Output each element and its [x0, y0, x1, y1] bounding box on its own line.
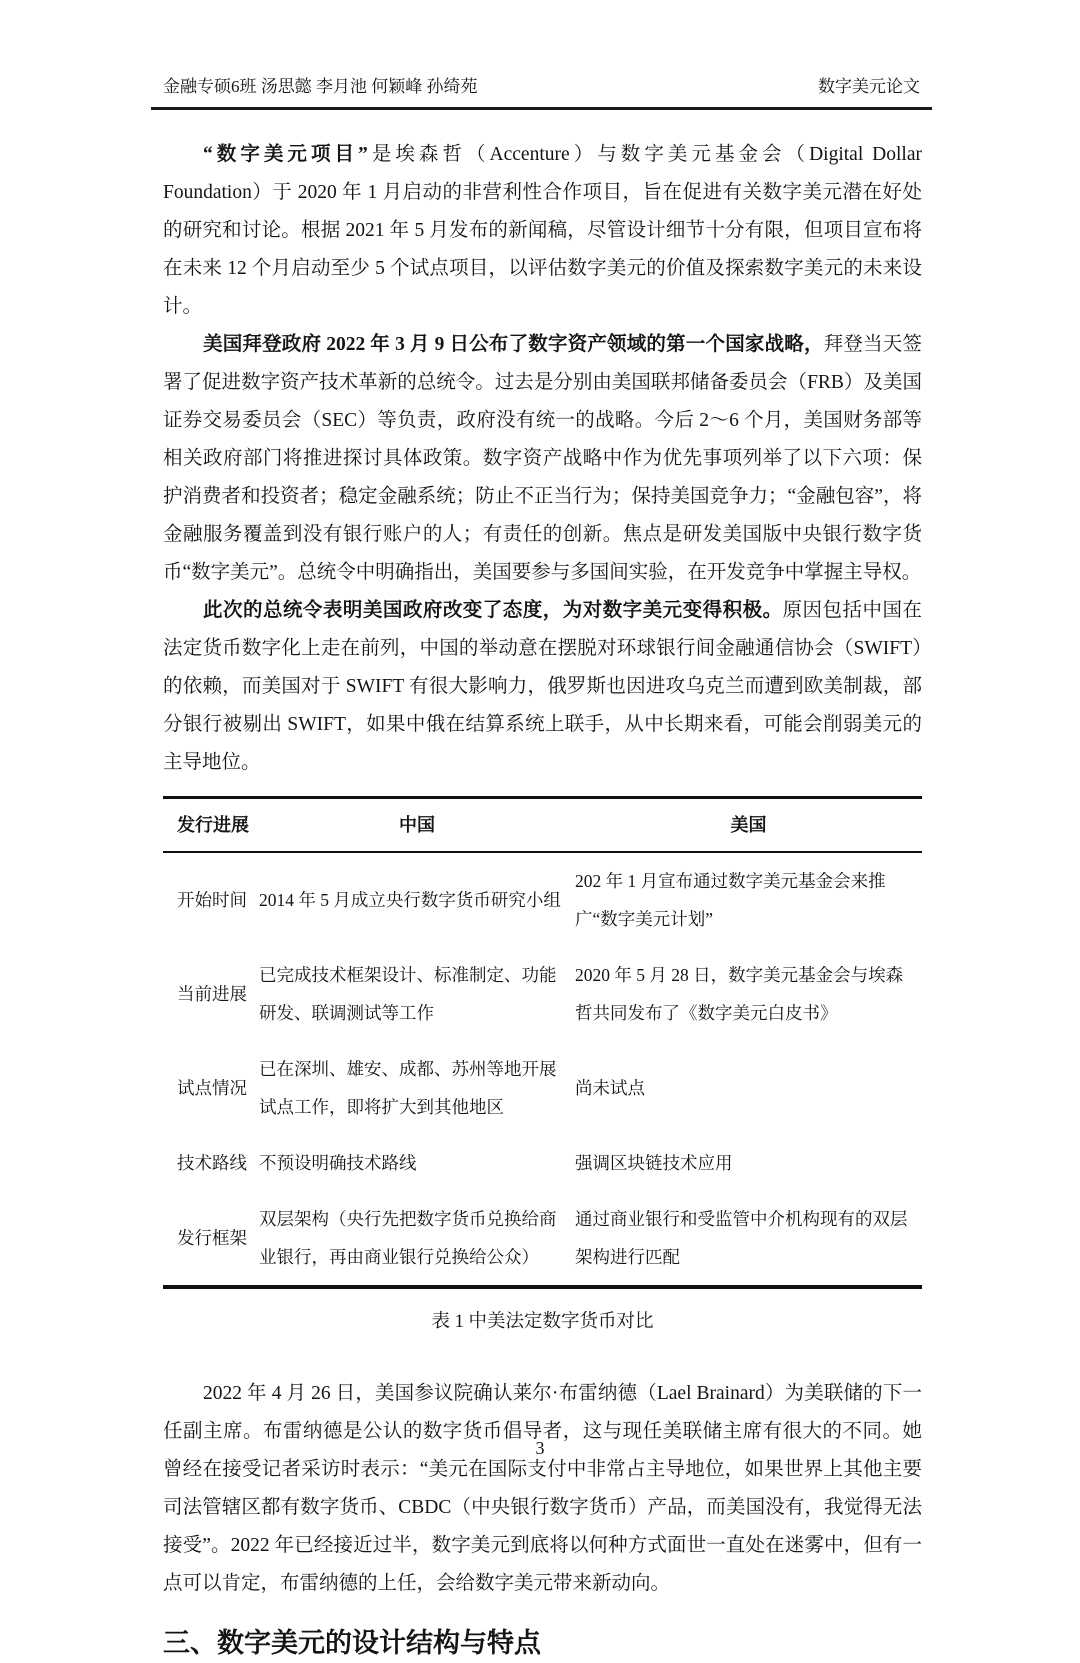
- header-authors: 金融专硕6班 汤思懿 李月池 何颖峰 孙绮苑: [163, 76, 478, 98]
- china-usa-comparison-table: 发行进展 中国 美国 开始时间 2014 年 5 月成立央行数字货币研究小组 2…: [163, 796, 922, 1289]
- paragraph-body-text: 是埃森哲（Accenture）与数字美元基金会（Digital Dollar F…: [163, 144, 922, 317]
- paragraph-lead-bold: 美国拜登政府 2022 年 3 月 9 日公布了数字资产领域的第一个国家战略，: [203, 334, 824, 355]
- china-cell: 不预设明确技术路线: [259, 1135, 575, 1191]
- row-label: 开始时间: [163, 852, 259, 947]
- usa-cell: 强调区块链技术应用: [575, 1135, 922, 1191]
- paragraph-body-text: 原因包括中国在法定货币数字化上走在前列，中国的举动意在摆脱对环球银行间金融通信协…: [163, 600, 922, 773]
- header-doc-title: 数字美元论文: [818, 76, 920, 98]
- row-label: 当前进展: [163, 947, 259, 1041]
- row-label: 发行框架: [163, 1191, 259, 1287]
- paragraph-brainard: 2022 年 4 月 26 日，美国参议院确认莱尔·布雷纳德（Lael Brai…: [163, 1375, 922, 1603]
- row-label: 技术路线: [163, 1135, 259, 1191]
- usa-cell: 通过商业银行和受监管中介机构现有的双层架构进行匹配: [575, 1191, 922, 1287]
- column-header-china: 中国: [259, 798, 575, 853]
- row-label: 试点情况: [163, 1041, 259, 1135]
- usa-cell: 尚未试点: [575, 1041, 922, 1135]
- usa-cell: 2020 年 5 月 28 日，数字美元基金会与埃森哲共同发布了《数字美元白皮书…: [575, 947, 922, 1041]
- usa-cell: 202 年 1 月宣布通过数字美元基金会来推广“数字美元计划”: [575, 852, 922, 947]
- table-row: 发行框架 双层架构（央行先把数字货币兑换给商业银行，再由商业银行兑换给公众） 通…: [163, 1191, 922, 1287]
- paragraph-digital-dollar-project: “数字美元项目”是埃森哲（Accenture）与数字美元基金会（Digital …: [163, 136, 922, 326]
- document-body: “数字美元项目”是埃森哲（Accenture）与数字美元基金会（Digital …: [163, 136, 922, 1663]
- table-row: 当前进展 已完成技术框架设计、标准制定、功能研发、联调测试等工作 2020 年 …: [163, 947, 922, 1041]
- column-header-usa: 美国: [575, 798, 922, 853]
- table-row: 技术路线 不预设明确技术路线 强调区块链技术应用: [163, 1135, 922, 1191]
- table-row: 试点情况 已在深圳、雄安、成都、苏州等地开展试点工作，即将扩大到其他地区 尚未试…: [163, 1041, 922, 1135]
- column-header-progress: 发行进展: [163, 798, 259, 853]
- paragraph-attitude-change: 此次的总统令表明美国政府改变了态度，为对数字美元变得积极。原因包括中国在法定货币…: [163, 592, 922, 782]
- header-divider: [151, 107, 932, 110]
- china-cell: 2014 年 5 月成立央行数字货币研究小组: [259, 852, 575, 947]
- table-header-row: 发行进展 中国 美国: [163, 798, 922, 853]
- china-cell: 双层架构（央行先把数字货币兑换给商业银行，再由商业银行兑换给公众）: [259, 1191, 575, 1287]
- paragraph-lead-bold: 此次的总统令表明美国政府改变了态度，为对数字美元变得积极。: [203, 600, 783, 621]
- china-cell: 已完成技术框架设计、标准制定、功能研发、联调测试等工作: [259, 947, 575, 1041]
- paragraph-biden-strategy: 美国拜登政府 2022 年 3 月 9 日公布了数字资产领域的第一个国家战略，拜…: [163, 326, 922, 592]
- page-number: 3: [536, 1438, 545, 1458]
- table-caption: 表 1 中美法定数字货币对比: [163, 1307, 922, 1333]
- page-header: 金融专硕6班 汤思懿 李月池 何颖峰 孙绮苑 数字美元论文: [163, 76, 922, 107]
- section-heading-design-structure: 三、数字美元的设计结构与特点: [163, 1623, 922, 1663]
- page-footer: 3: [0, 1438, 1080, 1459]
- china-cell: 已在深圳、雄安、成都、苏州等地开展试点工作，即将扩大到其他地区: [259, 1041, 575, 1135]
- table-row: 开始时间 2014 年 5 月成立央行数字货币研究小组 202 年 1 月宣布通…: [163, 852, 922, 947]
- document-page: 金融专硕6班 汤思懿 李月池 何颖峰 孙绮苑 数字美元论文 “数字美元项目”是埃…: [0, 0, 1080, 1527]
- paragraph-body-text: 拜登当天签署了促进数字资产技术革新的总统令。过去是分别由美国联邦储备委员会（FR…: [163, 334, 922, 583]
- paragraph-lead-bold: “数字美元项目”: [203, 144, 368, 165]
